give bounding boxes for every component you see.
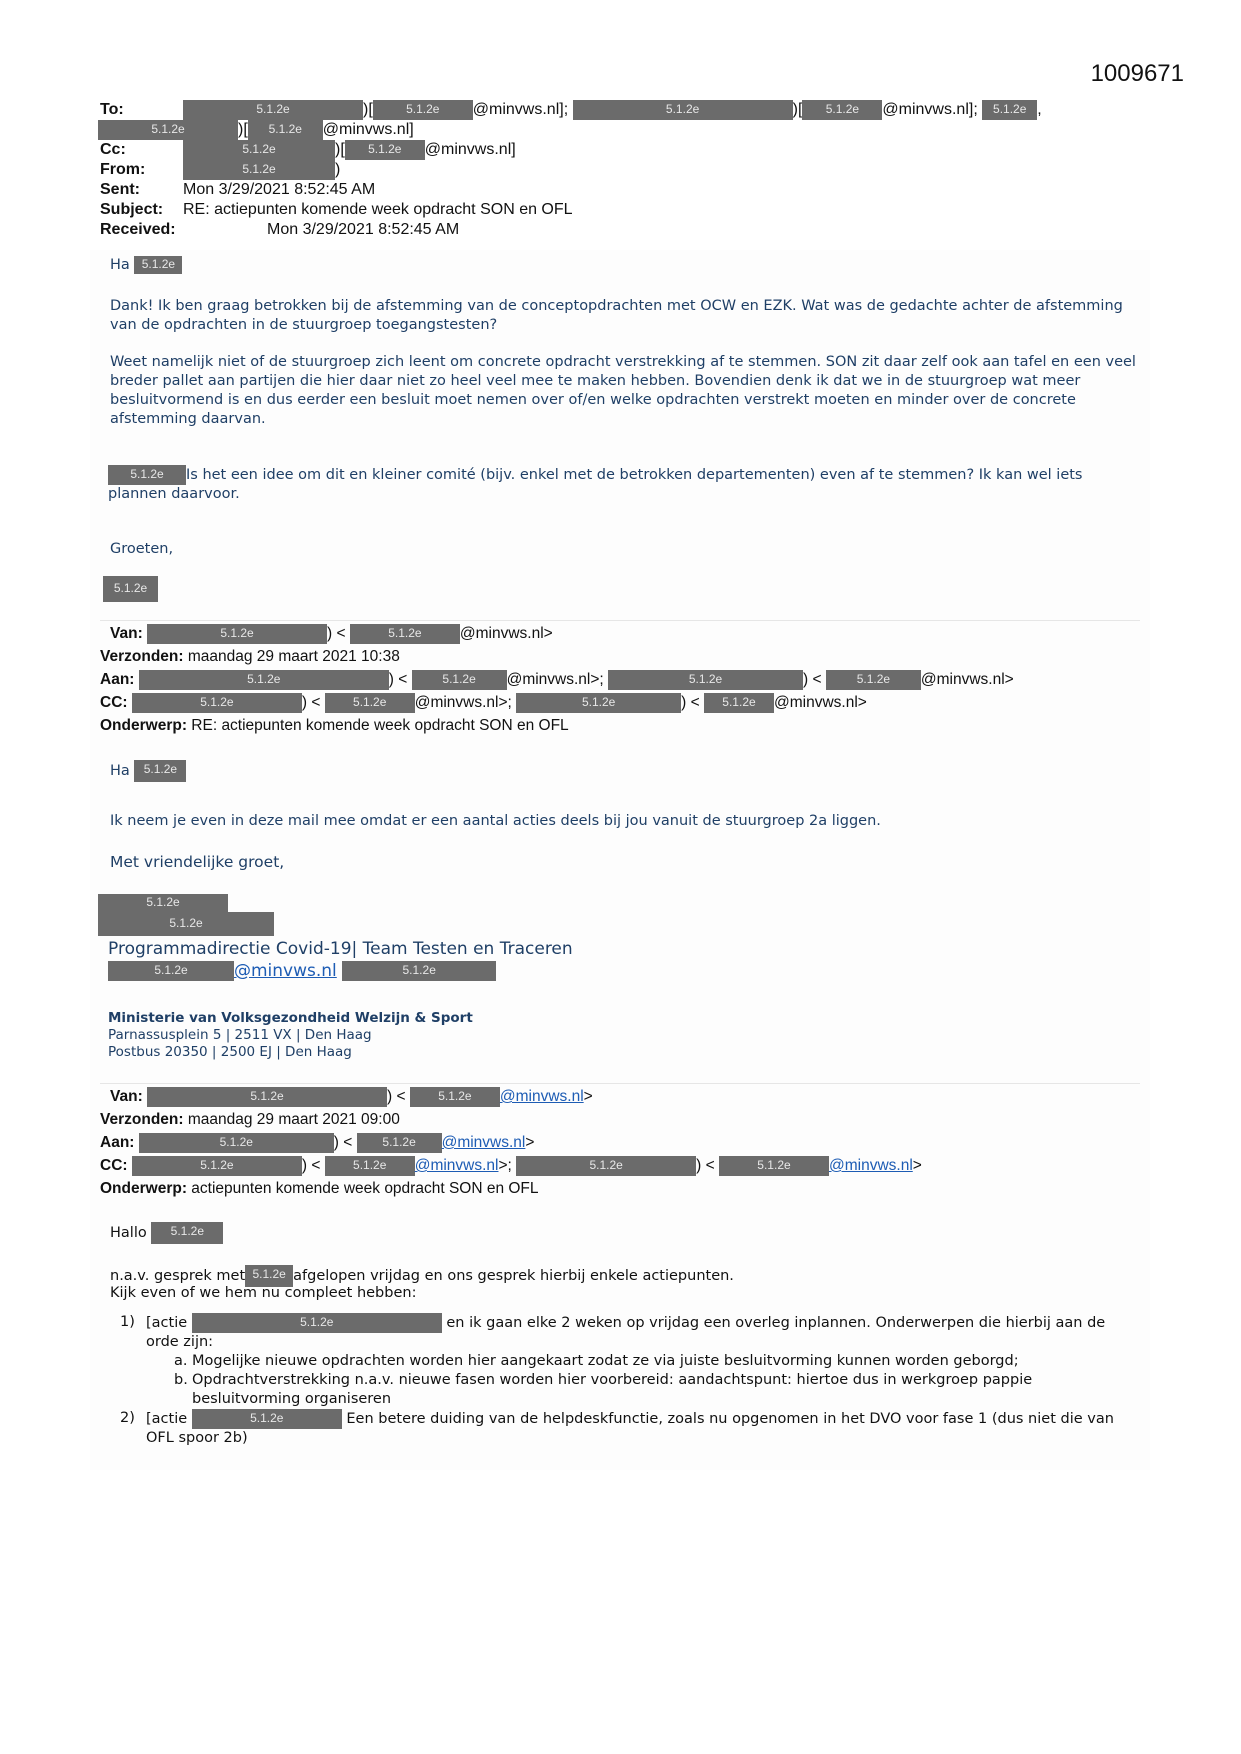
to-row-cont: 5.1.2e)[5.1.2e@minvws.nl] bbox=[98, 120, 1180, 140]
divider bbox=[100, 620, 1140, 621]
van-row: Van: 5.1.2e) < 5.1.2e@minvws.nl> bbox=[100, 622, 1150, 645]
message-3-header: Van: 5.1.2e) < 5.1.2e@minvws.nl> Verzond… bbox=[100, 1085, 1150, 1200]
email-link[interactable]: @minvws.nl bbox=[415, 1157, 499, 1174]
action-subitem-a: a. Mogelijke nieuwe opdrachten worden hi… bbox=[120, 1352, 1140, 1371]
subject-label: Subject: bbox=[100, 200, 183, 220]
message-2-para: Ik neem je even in deze mail mee omdat e… bbox=[110, 812, 1140, 831]
sent-label: Sent: bbox=[100, 180, 183, 200]
redaction: 5.1.2e bbox=[192, 1313, 442, 1333]
to-row: To:5.1.2e)[5.1.2e@minvws.nl]; 5.1.2e)[5.… bbox=[100, 100, 1180, 120]
from-row: From:5.1.2e) bbox=[100, 160, 1180, 180]
van-row: Van: 5.1.2e) < 5.1.2e@minvws.nl> bbox=[100, 1085, 1150, 1108]
redaction: 5.1.2e bbox=[373, 100, 473, 120]
from-label: From: bbox=[100, 160, 183, 180]
redaction: 5.1.2e bbox=[134, 256, 182, 274]
van-label: Van: bbox=[110, 1088, 143, 1105]
redaction: 5.1.2e bbox=[573, 100, 793, 120]
item-number: 2) bbox=[120, 1409, 135, 1428]
cc-domain: @minvws.nl] bbox=[425, 141, 516, 158]
action-item-2: 2) [actie 5.1.2e Een betere duiding van … bbox=[120, 1409, 1140, 1448]
line-1-pre: n.a.v. gesprek met bbox=[110, 1268, 245, 1284]
cc-label: CC: bbox=[100, 694, 128, 711]
to-domain: @minvws.nl] bbox=[323, 121, 414, 138]
redaction: 5.1.2e bbox=[357, 1133, 442, 1153]
redaction: 5.1.2e bbox=[192, 1409, 342, 1429]
redaction: 5.1.2e bbox=[412, 670, 507, 690]
to-label: To: bbox=[100, 100, 183, 120]
para-3-text: Is het een idee om dit en kleiner comité… bbox=[108, 467, 1083, 502]
greeting-text: Ha bbox=[110, 763, 130, 779]
onderwerp-label: Onderwerp: bbox=[100, 717, 187, 734]
reply-closing: Groeten, bbox=[110, 540, 1140, 559]
onderwerp-row: Onderwerp: actiepunten komende week opdr… bbox=[100, 1177, 1150, 1200]
onderwerp-row: Onderwerp: RE: actiepunten komende week … bbox=[100, 714, 1150, 737]
subitem-text: Opdrachtverstrekking n.a.v. nieuwe fasen… bbox=[192, 1372, 1032, 1407]
signature-contact: 5.1.2e@minvws.nl 5.1.2e bbox=[108, 961, 1138, 981]
subitem-text: Mogelijke nieuwe opdrachten worden hier … bbox=[192, 1353, 1019, 1369]
email-link[interactable]: @minvws.nl bbox=[442, 1134, 526, 1151]
sent-row: Sent:Mon 3/29/2021 8:52:45 AM bbox=[100, 180, 1180, 200]
redaction: 5.1.2e bbox=[802, 100, 882, 120]
redaction: 5.1.2e bbox=[345, 140, 425, 160]
redaction: 5.1.2e bbox=[147, 1087, 387, 1107]
to-domain: @minvws.nl]; bbox=[882, 101, 977, 118]
received-label: Received: bbox=[100, 220, 183, 240]
cc-row: CC: 5.1.2e) < 5.1.2e@minvws.nl>; 5.1.2e)… bbox=[100, 691, 1150, 714]
redaction: 5.1.2e bbox=[516, 1156, 696, 1176]
redaction: 5.1.2e bbox=[134, 760, 186, 782]
to-domain: @minvws.nl]; bbox=[473, 101, 568, 118]
onderwerp-value: actiepunten komende week opdracht SON en… bbox=[191, 1180, 538, 1197]
cc-label: CC: bbox=[100, 1157, 128, 1174]
signature-name: 5.1.2e 5.1.2e bbox=[98, 894, 1128, 936]
email-domain: @minvws.nl>; bbox=[415, 694, 512, 711]
aan-label: Aan: bbox=[100, 671, 134, 688]
verzonden-row: Verzonden: maandag 29 maart 2021 09:00 bbox=[100, 1108, 1150, 1131]
redaction: 5.1.2e bbox=[183, 140, 335, 160]
redaction: 5.1.2e bbox=[103, 576, 158, 602]
email-domain: @minvws.nl>; bbox=[507, 671, 604, 688]
verzonden-value: maandag 29 maart 2021 09:00 bbox=[188, 1111, 400, 1128]
redaction: 5.1.2e bbox=[350, 624, 460, 644]
onderwerp-value: RE: actiepunten komende week opdracht SO… bbox=[191, 717, 568, 734]
subject-row: Subject:RE: actiepunten komende week opd… bbox=[100, 200, 1180, 220]
message-3-line-2: Kijk even of we hem nu compleet hebben: bbox=[110, 1284, 1140, 1303]
email-domain: @minvws.nl> bbox=[460, 625, 553, 642]
reply-para-1: Dank! Ik ben graag betrokken bij de afst… bbox=[110, 297, 1140, 335]
cc-label: Cc: bbox=[100, 140, 183, 160]
subitem-number: a. bbox=[174, 1352, 188, 1371]
redaction: 5.1.2e bbox=[108, 465, 186, 485]
subject-value: RE: actiepunten komende week opdracht SO… bbox=[183, 201, 573, 218]
redaction: 5.1.2e bbox=[139, 670, 389, 690]
redaction: 5.1.2e bbox=[704, 693, 774, 713]
email-domain: @minvws.nl> bbox=[921, 671, 1014, 688]
verzonden-value: maandag 29 maart 2021 10:38 bbox=[188, 648, 400, 665]
greeting-text: Hallo bbox=[110, 1225, 147, 1241]
cc-row: Cc:5.1.2e)[5.1.2e@minvws.nl] bbox=[100, 140, 1180, 160]
message-2-header: Van: 5.1.2e) < 5.1.2e@minvws.nl> Verzond… bbox=[100, 622, 1150, 737]
item-number: 1) bbox=[120, 1313, 135, 1332]
redaction: 5.1.2e bbox=[719, 1156, 829, 1176]
redaction: 5.1.2e bbox=[108, 961, 234, 981]
reply-para-2: Weet namelijk niet of de stuurgroep zich… bbox=[110, 353, 1140, 429]
ministry-name: Ministerie van Volksgezondheid Welzijn &… bbox=[108, 1010, 1138, 1027]
redaction: 5.1.2e bbox=[151, 1222, 223, 1244]
item-prefix: [actie bbox=[146, 1411, 187, 1427]
outer-email-header: To:5.1.2e)[5.1.2e@minvws.nl]; 5.1.2e)[5.… bbox=[100, 100, 1180, 240]
redaction: 5.1.2e bbox=[132, 693, 302, 713]
email-domain: @minvws.nl> bbox=[774, 694, 867, 711]
item-prefix: [actie bbox=[146, 1315, 187, 1331]
redaction: 5.1.2e bbox=[98, 912, 274, 936]
reply-para-3: 5.1.2eIs het een idee om dit en kleiner … bbox=[108, 465, 1138, 504]
redaction: 5.1.2e bbox=[147, 624, 327, 644]
line-1-post: afgelopen vrijdag en ons gesprek hierbij… bbox=[293, 1268, 734, 1284]
message-2-greeting: Ha 5.1.2e bbox=[110, 760, 1140, 782]
redaction: 5.1.2e bbox=[139, 1133, 334, 1153]
message-3-greeting: Hallo 5.1.2e bbox=[110, 1222, 1140, 1244]
van-label: Van: bbox=[110, 625, 143, 642]
reply-greeting: Ha 5.1.2e bbox=[110, 256, 1140, 275]
verzonden-label: Verzonden: bbox=[100, 1111, 184, 1128]
redaction: 5.1.2e bbox=[325, 693, 415, 713]
greeting-text: Ha bbox=[110, 257, 130, 273]
subitem-number: b. bbox=[174, 1371, 188, 1390]
redaction: 5.1.2e bbox=[98, 894, 228, 912]
signature-dept: Programmadirectie Covid-19| Team Testen … bbox=[108, 938, 1138, 960]
redaction: 5.1.2e bbox=[325, 1156, 415, 1176]
email-link[interactable]: @minvws.nl bbox=[500, 1088, 584, 1105]
document-number: 1009671 bbox=[1091, 60, 1184, 88]
received-value: Mon 3/29/2021 8:52:45 AM bbox=[267, 221, 459, 238]
cc-row: CC: 5.1.2e) < 5.1.2e@minvws.nl>; 5.1.2e)… bbox=[100, 1154, 1150, 1177]
divider bbox=[100, 1083, 1140, 1084]
ministry-address-2: Postbus 20350 | 2500 EJ | Den Haag bbox=[108, 1044, 1138, 1061]
onderwerp-label: Onderwerp: bbox=[100, 1180, 187, 1197]
redaction: 5.1.2e bbox=[248, 120, 323, 140]
signature-email-link[interactable]: @minvws.nl bbox=[234, 961, 337, 981]
aan-label: Aan: bbox=[100, 1134, 134, 1151]
ministry-address-1: Parnassusplein 5 | 2511 VX | Den Haag bbox=[108, 1027, 1138, 1044]
redaction: 5.1.2e bbox=[516, 693, 681, 713]
verzonden-label: Verzonden: bbox=[100, 648, 184, 665]
message-2-closing: Met vriendelijke groet, bbox=[110, 853, 1140, 872]
redaction: 5.1.2e bbox=[410, 1087, 500, 1107]
action-subitem-b: b. Opdrachtverstrekking n.a.v. nieuwe fa… bbox=[120, 1371, 1140, 1409]
action-list: 1) [actie 5.1.2e en ik gaan elke 2 weken… bbox=[120, 1313, 1140, 1448]
verzonden-row: Verzonden: maandag 29 maart 2021 10:38 bbox=[100, 645, 1150, 668]
redaction: 5.1.2e bbox=[183, 160, 335, 180]
reply-signature: 5.1.2e bbox=[103, 576, 1133, 602]
action-item-1: 1) [actie 5.1.2e en ik gaan elke 2 weken… bbox=[120, 1313, 1140, 1352]
sent-value: Mon 3/29/2021 8:52:45 AM bbox=[183, 181, 375, 198]
email-body: Ha 5.1.2e Dank! Ik ben graag betrokken b… bbox=[90, 250, 1150, 1470]
redaction: 5.1.2e bbox=[826, 670, 921, 690]
received-row: Received:Mon 3/29/2021 8:52:45 AM bbox=[100, 220, 1180, 240]
redaction: 5.1.2e bbox=[982, 100, 1037, 120]
aan-row: Aan: 5.1.2e) < 5.1.2e@minvws.nl> bbox=[100, 1131, 1150, 1154]
redaction: 5.1.2e bbox=[342, 961, 496, 981]
redaction: 5.1.2e bbox=[183, 100, 363, 120]
redaction: 5.1.2e bbox=[98, 120, 238, 140]
aan-row: Aan: 5.1.2e) < 5.1.2e@minvws.nl>; 5.1.2e… bbox=[100, 668, 1150, 691]
redaction: 5.1.2e bbox=[132, 1156, 302, 1176]
redaction: 5.1.2e bbox=[608, 670, 803, 690]
email-link[interactable]: @minvws.nl bbox=[829, 1157, 913, 1174]
